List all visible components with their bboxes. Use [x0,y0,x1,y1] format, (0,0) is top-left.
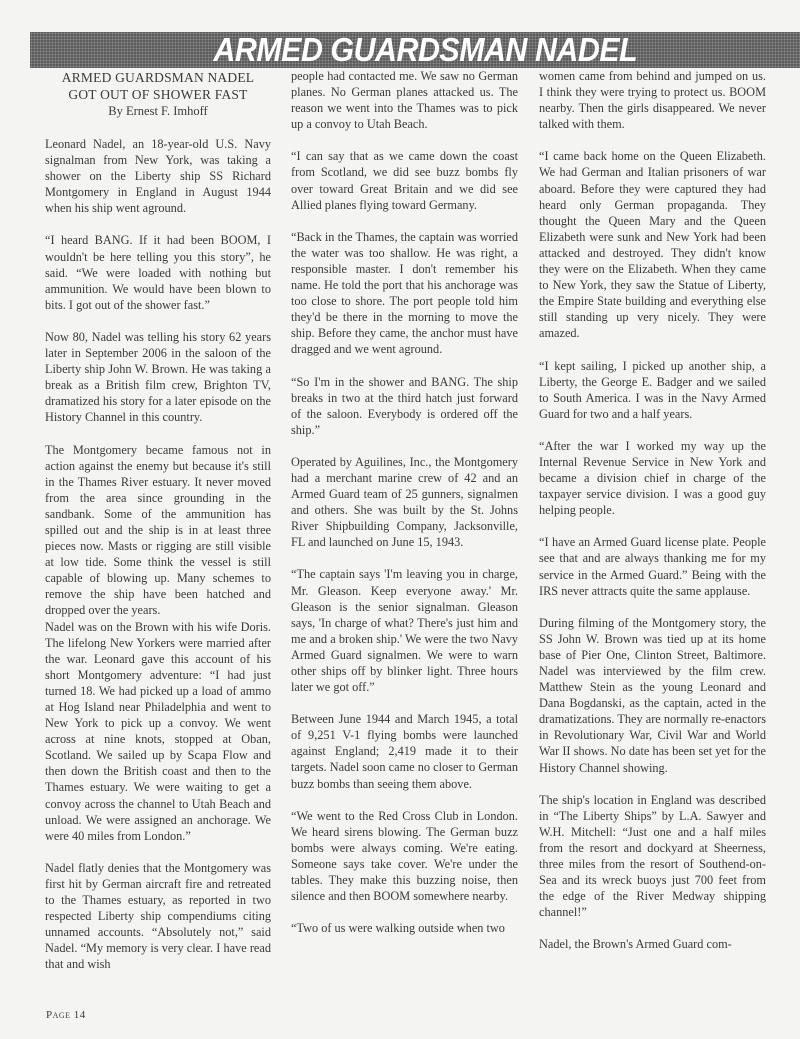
paragraph: Nadel was on the Brown with his wife Dor… [45,619,271,844]
paragraph: Between June 1944 and March 1945, a tota… [291,711,518,791]
paragraph: Now 80, Nadel was telling his story 62 y… [45,329,271,426]
article-column-1: ARMED GUARDSMAN NADEL GOT OUT OF SHOWER … [45,68,271,989]
paragraph: “I came back home on the Queen Elizabeth… [539,148,766,341]
article-headline: ARMED GUARDSMAN NADEL GOT OUT OF SHOWER … [45,70,271,103]
paragraph: people had contacted me. We saw no Germa… [291,68,518,132]
paragraph: “I have an Armed Guard license plate. Pe… [539,534,766,598]
paragraph: “After the war I worked my way up the In… [539,438,766,518]
paragraph: “I kept sailing, I picked up another shi… [539,358,766,422]
article-column-2: people had contacted me. We saw no Germa… [291,68,518,952]
article-column-3: women came from behind and jumped on us.… [539,68,766,969]
paragraph: The ship's location in England was descr… [539,792,766,921]
headline-line-1: ARMED GUARDSMAN NADEL [45,70,271,87]
paragraph: During filming of the Montgomery story, … [539,615,766,776]
paragraph: women came from behind and jumped on us.… [539,68,766,132]
paragraph: “Two of us were walking outside when two [291,920,518,936]
paragraph: “So I'm in the shower and BANG. The ship… [291,374,518,438]
paragraph: Nadel flatly denies that the Montgomery … [45,860,271,973]
paragraph: “The captain says 'I'm leaving you in ch… [291,566,518,695]
paragraph: “Back in the Thames, the captain was wor… [291,229,518,358]
page-number: Page 14 [46,1009,86,1021]
paragraph: The Montgomery became famous not in acti… [45,442,271,619]
headline-line-2: GOT OUT OF SHOWER FAST [45,87,271,104]
banner-title: ARMED GUARDSMAN NADEL [213,31,637,69]
paragraph: “We went to the Red Cross Club in London… [291,808,518,905]
paragraph: “I heard BANG. If it had been BOOM, I wo… [45,232,271,312]
paragraph: “I can say that as we came down the coas… [291,148,518,212]
paragraph: Leonard Nadel, an 18-year-old U.S. Navy … [45,136,271,216]
byline: By Ernest F. Imhoff [45,103,271,119]
paragraph: Operated by Aguilines, Inc., the Montgom… [291,454,518,551]
paragraph: Nadel, the Brown's Armed Guard com- [539,936,766,952]
title-banner: ARMED GUARDSMAN NADEL [30,32,800,68]
